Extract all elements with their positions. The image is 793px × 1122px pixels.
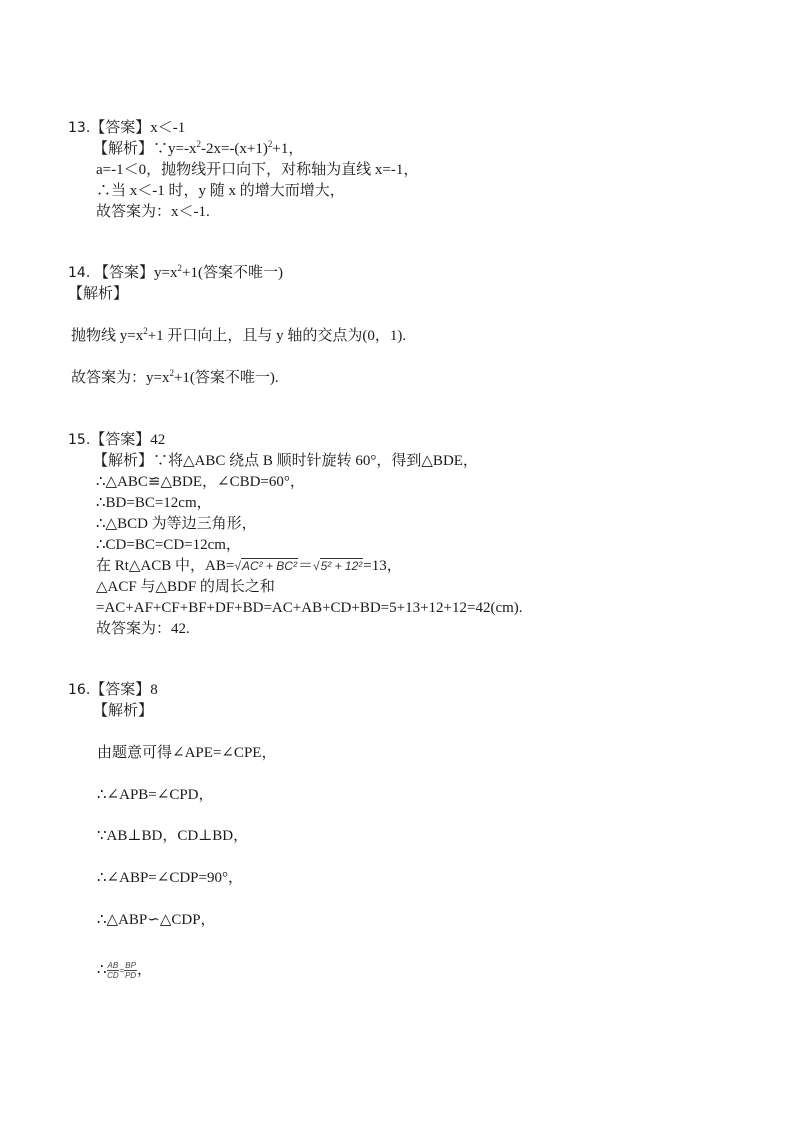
q16-fraction-line: ∴ABCD=BPPD， (97, 960, 152, 981)
text: +1， (272, 141, 303, 157)
q14-analysis-tag: 【解析】 (68, 284, 128, 304)
q13-answer: x＜-1 (150, 120, 185, 136)
q13-analysis-tag: 【解析】 (93, 141, 153, 157)
q16-answer: 8 (150, 682, 158, 698)
denominator: PD (124, 971, 137, 980)
text: 故答案为：y=x (71, 370, 169, 386)
q13-number: 13. (68, 120, 90, 136)
q16-answer-line: 16.【答案】8 (68, 680, 158, 700)
q15-line-3: ∴BD=BC=12cm， (96, 493, 212, 513)
q15-answer-tag: 【答案】 (90, 432, 150, 448)
text: +1(答案不唯一). (174, 370, 279, 386)
q15-number: 15. (68, 432, 90, 448)
q14-number: 14. (68, 265, 90, 281)
q15-line-7: △ACF 与△BDF 的周长之和 (96, 577, 275, 597)
q15-answer: 42 (150, 432, 165, 448)
q14-line-2: 故答案为：y=x2+1(答案不唯一). (71, 368, 279, 388)
q15-line-5: ∴CD=BC=CD=12cm， (96, 535, 241, 555)
text: ， (137, 962, 152, 978)
q16-line-4: ∴∠ABP=∠CDP=90°， (97, 868, 243, 888)
q16-analysis-tag: 【解析】 (93, 701, 153, 721)
text: -2x=-(x+1) (201, 141, 268, 157)
q13-analysis-line: 【解析】∵y=-x2-2x=-(x+1)2+1， (93, 139, 303, 159)
therefore-symbol: ∴ (97, 962, 107, 978)
q15-line-9: 故答案为：42. (96, 619, 190, 639)
text: 在 Rt△ACB 中，AB= (96, 558, 234, 574)
q14-line-1: 抛物线 y=x2+1 开口向上，且与 y 轴的交点为(0，1). (71, 326, 406, 346)
q14-answer-tag: 【答案】 (94, 265, 154, 281)
q16-line-1: 由题意可得∠APE=∠CPE， (97, 743, 276, 763)
text: +1(答案不唯一) (182, 265, 283, 281)
q16-line-2: ∴∠APB=∠CPD， (97, 785, 214, 805)
q13-answer-line: 13.【答案】x＜-1 (68, 118, 185, 138)
q15-line-8: =AC+AF+CF+BF+DF+BD=AC+AB+CD+BD=5+13+12+1… (96, 598, 523, 618)
text: 抛物线 y=x (71, 328, 143, 344)
sqrt-expression-2: √5² + 12² (313, 558, 363, 573)
q13-answer-tag: 【答案】 (90, 120, 150, 136)
q15-analysis-tag: 【解析】 (93, 453, 153, 469)
sqrt-expression-1: √AC² + BC² (234, 558, 298, 573)
numerator: AB (107, 961, 120, 971)
fraction-ab-cd: ABCD (107, 961, 120, 980)
equals: ＝ (298, 558, 313, 574)
q13-line-3: ∴当 x＜-1 时，y 随 x 的增大而增大， (96, 181, 345, 201)
text: ∵将△ABC 绕点 B 顺时针旋转 60°，得到△BDE， (153, 453, 478, 469)
numerator: BP (124, 961, 137, 971)
q16-number: 16. (68, 682, 90, 698)
q15-line-2: ∴△ABC≌△BDE，∠CBD=60°， (96, 472, 305, 492)
text: ∵y=-x (153, 141, 196, 157)
radicand: 5² + 12² (320, 558, 364, 573)
q16-line-3: ∵AB⊥BD，CD⊥BD， (97, 826, 248, 846)
text: =13， (363, 558, 401, 574)
q14-answer-line: 14. 【答案】y=x2+1(答案不唯一) (68, 263, 283, 283)
q13-line-4: 故答案为：x＜-1. (96, 202, 210, 222)
q15-answer-line: 15.【答案】42 (68, 430, 165, 450)
q15-line-4: ∴△BCD 为等边三角形， (96, 514, 257, 534)
radicand: AC² + BC² (241, 558, 298, 573)
text: +1 开口向上，且与 y 轴的交点为(0，1). (148, 328, 406, 344)
q16-answer-tag: 【答案】 (90, 682, 150, 698)
fraction-bp-pd: BPPD (124, 961, 137, 980)
text: y=x (154, 265, 177, 281)
q15-analysis-line: 【解析】∵将△ABC 绕点 B 顺时针旋转 60°，得到△BDE， (93, 451, 478, 471)
q16-line-5: ∴△ABP∽△CDP， (97, 910, 216, 930)
q15-rt-line: 在 Rt△ACB 中，AB=√AC² + BC²＝√5² + 12²=13， (96, 556, 402, 576)
q13-line-2: a=-1＜0，抛物线开口向下，对称轴为直线 x=-1， (96, 160, 418, 180)
denominator: CD (107, 971, 120, 980)
